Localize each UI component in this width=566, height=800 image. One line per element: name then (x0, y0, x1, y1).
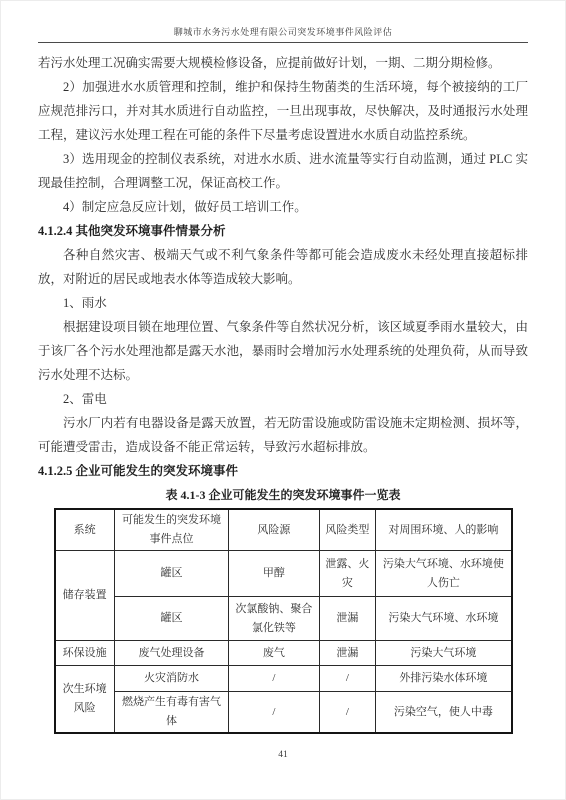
document-page: 聊城市水务污水处理有限公司突发环境事件风险评估 若污水处理工况确实需要大规模检修… (0, 0, 566, 800)
cell-system-secondary-risk: 次生环境风险 (55, 666, 115, 734)
cell-impact: 污染大气环境、水环境使人伤亡 (376, 551, 512, 597)
cell-source: 次氯酸钠、聚合氯化铁等 (229, 597, 319, 641)
paragraph: 若污水处理工况确实需要大规模检修设备，应提前做好计划，一期、二期分期检修。 (38, 51, 528, 75)
paragraph: 4）制定应急反应计划，做好员工培训工作。 (38, 195, 528, 219)
column-header-impact: 对周围环境、人的影响 (376, 509, 512, 551)
table-row: 环保设施 废气处理设备 废气 泄漏 污染大气环境 (55, 641, 512, 666)
paragraph: 2）加强进水水质管理和控制，维护和保持生物菌类的生活环境，每个被接纳的工厂应规范… (38, 75, 528, 147)
column-header-location: 可能发生的突发环境事件点位 (114, 509, 228, 551)
list-item-rain: 1、雨水 (38, 291, 528, 315)
paragraph: 根据建设项目锁在地理位置、气象条件等自然状况分析，该区域夏季雨水量较大，由于该厂… (38, 315, 528, 387)
cell-impact: 污染空气，使人中毒 (376, 692, 512, 734)
cell-location: 罐区 (114, 597, 228, 641)
column-header-risk-type: 风险类型 (319, 509, 376, 551)
cell-system-envfacility: 环保设施 (55, 641, 115, 666)
table-row: 次生环境风险 火灾消防水 / / 外排污染水体环境 (55, 666, 512, 692)
cell-impact: 污染大气环境 (376, 641, 512, 666)
page-number: 41 (0, 750, 566, 760)
paragraph: 3）选用现金的控制仪表系统，对进水水质、进水流量等实行自动监测，通过 PLC 实… (38, 147, 528, 195)
paragraph: 污水厂内若有电器设备是露天放置，若无防雷设施或防雷设施未定期检测、损坏等，可能遭… (38, 411, 528, 459)
cell-system-storage: 储存装置 (55, 551, 115, 641)
document-body: 若污水处理工况确实需要大规模检修设备，应提前做好计划，一期、二期分期检修。 2）… (38, 51, 528, 734)
cell-location: 燃烧产生有毒有害气体 (114, 692, 228, 734)
cell-location: 火灾消防水 (114, 666, 228, 692)
cell-risk-type: / (319, 692, 376, 734)
page-header-title: 聊城市水务污水处理有限公司突发环境事件风险评估 (174, 25, 393, 38)
table-row: 罐区 次氯酸钠、聚合氯化铁等 泄漏 污染大气环境、水环境 (55, 597, 512, 641)
cell-impact: 污染大气环境、水环境 (376, 597, 512, 641)
cell-source: / (229, 666, 319, 692)
cell-risk-type: 泄露、火灾 (319, 551, 376, 597)
cell-risk-type: 泄漏 (319, 597, 376, 641)
cell-source: / (229, 692, 319, 734)
table-header-row: 系统 可能发生的突发环境事件点位 风险源 风险类型 对周围环境、人的影响 (55, 509, 512, 551)
cell-risk-type: / (319, 666, 376, 692)
page-header: 聊城市水务污水处理有限公司突发环境事件风险评估 (38, 0, 528, 43)
list-item-lightning: 2、雷电 (38, 387, 528, 411)
cell-location: 罐区 (114, 551, 228, 597)
cell-impact: 外排污染水体环境 (376, 666, 512, 692)
column-header-system: 系统 (55, 509, 115, 551)
table-caption: 表 4.1-3 企业可能发生的突发环境事件一览表 (38, 484, 528, 506)
table-row: 燃烧产生有毒有害气体 / / 污染空气，使人中毒 (55, 692, 512, 734)
column-header-source: 风险源 (229, 509, 319, 551)
section-heading-4-1-2-5: 4.1.2.5 企业可能发生的突发环境事件 (38, 459, 528, 483)
paragraph: 各种自然灾害、极端天气或不利气象条件等都可能会造成废水未经处理直接超标排放，对附… (38, 243, 528, 291)
table-row: 储存装置 罐区 甲醇 泄露、火灾 污染大气环境、水环境使人伤亡 (55, 551, 512, 597)
risk-events-table: 系统 可能发生的突发环境事件点位 风险源 风险类型 对周围环境、人的影响 储存装… (54, 508, 513, 734)
cell-location: 废气处理设备 (114, 641, 228, 666)
section-heading-4-1-2-4: 4.1.2.4 其他突发环境事件情景分析 (38, 219, 528, 243)
cell-source: 废气 (229, 641, 319, 666)
cell-risk-type: 泄漏 (319, 641, 376, 666)
cell-source: 甲醇 (229, 551, 319, 597)
